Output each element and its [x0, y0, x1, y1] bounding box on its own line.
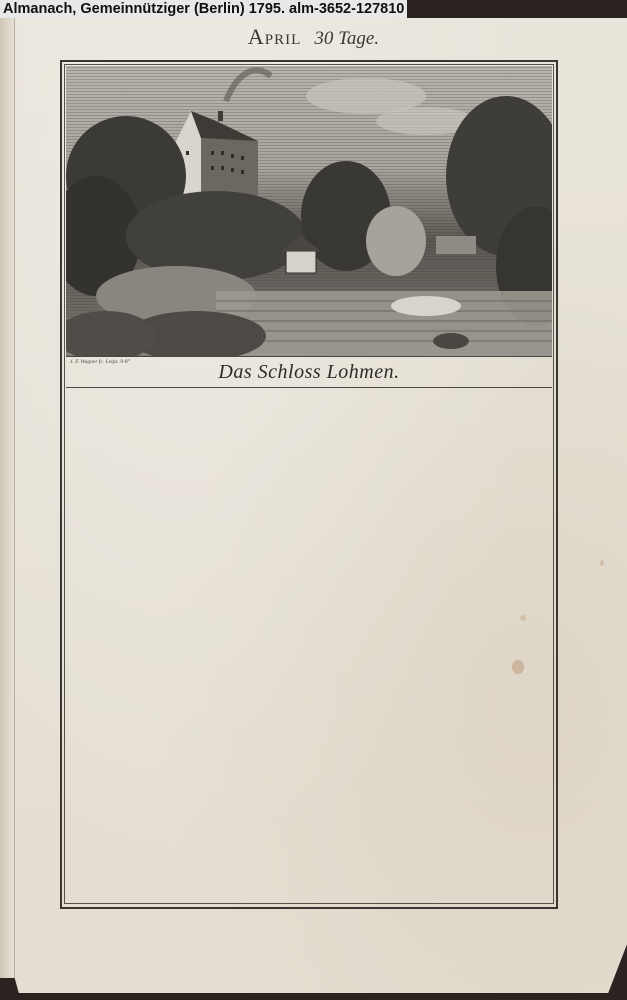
- blank-notes-area: [66, 388, 552, 900]
- engraving-illustration: [66, 66, 552, 356]
- month-name: April: [248, 24, 301, 49]
- foxing-stain: [600, 560, 604, 566]
- landscape-engraving: [66, 66, 552, 356]
- month-header: April 30 Tage.: [0, 24, 627, 50]
- foxing-stain: [520, 615, 526, 621]
- month-days: 30 Tage.: [314, 28, 379, 49]
- illustration-caption: Das Schloss Lohmen.: [66, 361, 552, 384]
- foxing-stain: [512, 660, 524, 674]
- page-binding-edge: [0, 18, 15, 978]
- window-title: Almanach, Gemeinnütziger (Berlin) 1795. …: [0, 0, 407, 18]
- caption-band: J. F. Wagner fc. Leipz. 9-8° Das Schloss…: [66, 356, 552, 388]
